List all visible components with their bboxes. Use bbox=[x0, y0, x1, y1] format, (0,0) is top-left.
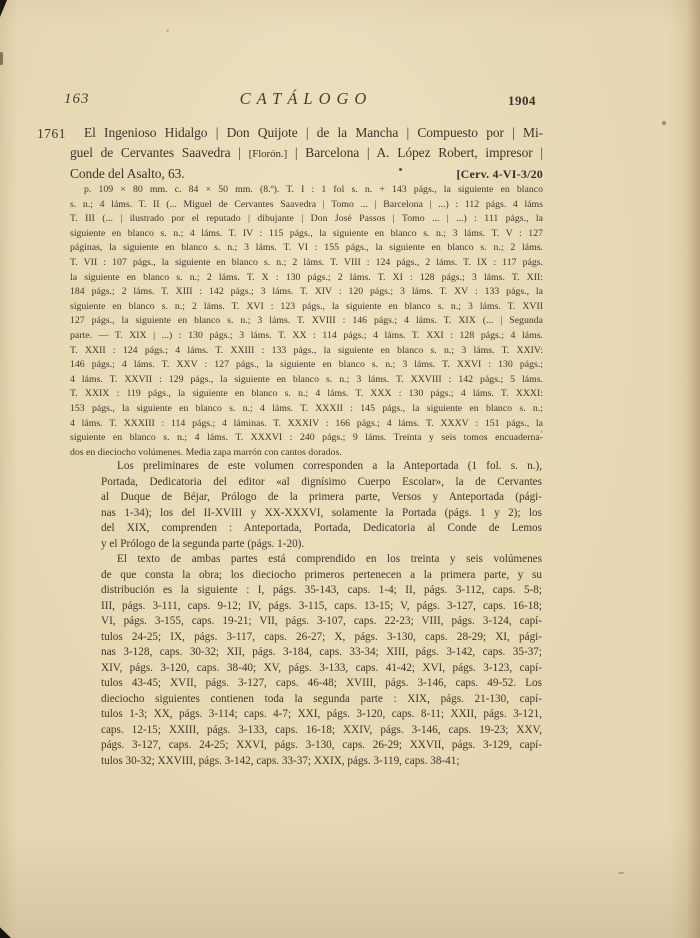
page-edge-shadow bbox=[686, 0, 700, 938]
text-line: El texto de ambas partes está comprendid… bbox=[101, 552, 542, 568]
text-line: Portada, Dedicatoria del editor «al dign… bbox=[101, 475, 542, 491]
title-line: El Ingenioso Hidalgo | Don Quijote | de … bbox=[70, 123, 543, 143]
scan-artifact bbox=[0, 52, 3, 65]
running-head-year: 1904 bbox=[496, 93, 548, 109]
entry-number: 1761 bbox=[37, 126, 66, 142]
text-line: parte. — T. XIX | ...) : 130 págs.; 3 lá… bbox=[70, 329, 543, 344]
text-line: tulos 30-32; XXVIII, págs. 3-142, caps. … bbox=[101, 754, 542, 770]
scan-corner-artifact bbox=[0, 925, 11, 938]
text-line: al Duque de Béjar, Prólogo de la primera… bbox=[101, 490, 542, 506]
text-line: T. XXIX : 119 págs., la siguiente en bla… bbox=[70, 387, 543, 402]
text-line: siguiente en blanco s. n.; 2 láms. T. XV… bbox=[70, 300, 543, 315]
text-line: siguiente en blanco s. n.; 4 láms. T. IV… bbox=[70, 227, 543, 242]
text-line: y el Prólogo de la segunda parte (págs. … bbox=[101, 537, 542, 553]
text-line: T. VII : 107 págs., la siguiente en blan… bbox=[70, 256, 543, 271]
title-line3: Conde del Asalto, 63. bbox=[70, 164, 185, 184]
text-line: 127 págs., la siguiente en blanco s. n.;… bbox=[70, 314, 543, 329]
text-line: 184 págs.; 2 láms. T. XIII : 142 págs.; … bbox=[70, 285, 543, 300]
text-line: s. n.; 4 láms. T. II (... Miguel de Cerv… bbox=[70, 198, 543, 213]
title-line: Conde del Asalto, 63. [Cerv. 4-VI-3/20 bbox=[70, 164, 543, 185]
entry-title: El Ingenioso Hidalgo | Don Quijote | de … bbox=[70, 123, 543, 185]
text-line: caps. 12-15; XXIII, págs. 3-133, caps. 1… bbox=[101, 723, 542, 739]
text-line: la siguiente en blanco s. n.; 2 láms. T.… bbox=[70, 271, 543, 286]
collation-paragraph: p. 109 × 80 mm. c. 84 × 50 mm. (8.º). T.… bbox=[70, 183, 543, 460]
text-line: nas 1-34); los del II-XVIII y XX-XXXVI, … bbox=[101, 506, 542, 522]
title-line: guel de Cervantes Saavedra | [Florón.] |… bbox=[70, 143, 543, 165]
text-line: VI, págs. 3-155, caps. 19-21; VII, págs.… bbox=[101, 614, 542, 630]
scan-artifact bbox=[618, 872, 624, 874]
text-line: 4 láms. T. XXVII : 129 págs., la siguien… bbox=[70, 373, 543, 388]
shelfmark: [Cerv. 4-VI-3/20 bbox=[456, 165, 543, 185]
text-line: de que consta la obra; los dieciocho pri… bbox=[101, 568, 542, 584]
text-line: 4 láms. T. XXXIII : 114 págs.; 4 láminas… bbox=[70, 417, 543, 432]
preliminaries-note-paragraph: Los preliminares de este volumen corresp… bbox=[101, 459, 542, 552]
text-line: III, págs. 3-111, caps. 9-12; IV, págs. … bbox=[101, 599, 542, 615]
text-line: Los preliminares de este volumen corresp… bbox=[101, 459, 542, 475]
scan-artifact bbox=[166, 29, 169, 32]
text-line: nas 3-128, caps. 30-32; XII, págs. 3-184… bbox=[101, 645, 542, 661]
text-line: 153 págs., la siguiente en blanco s. n.;… bbox=[70, 402, 543, 417]
running-head-title: CATÁLOGO bbox=[70, 89, 542, 109]
text-line: dieciocho siguientes contienen toda la s… bbox=[101, 692, 542, 708]
text-line: págs. 3-127, caps. 24-25; XXVI, págs. 3-… bbox=[101, 738, 542, 754]
floron-note: [Florón.] bbox=[249, 148, 288, 160]
scan-corner-artifact bbox=[0, 0, 9, 17]
text-line: distribución es la siguiente : I, págs. … bbox=[101, 583, 542, 599]
text-line: páginas, la siguiente en blanco s. n.; 3… bbox=[70, 241, 543, 256]
text-line: 146 págs.; 4 láms. T. XXV : 127 págs., l… bbox=[70, 358, 543, 373]
text-line: T. III (... | ilustrado por el reputado … bbox=[70, 212, 543, 227]
text-line: tulos 43-45; XVII, págs. 3-127, caps. 46… bbox=[101, 676, 542, 692]
text-distribution-note-paragraph: El texto de ambas partes está comprendid… bbox=[101, 552, 542, 769]
text-line: siguiente en blanco s. n.; 4 láms. T. XX… bbox=[70, 431, 543, 446]
text-line: XIV, págs. 3-120, caps. 38-40; XV, págs.… bbox=[101, 661, 542, 677]
text-line: p. 109 × 80 mm. c. 84 × 50 mm. (8.º). T.… bbox=[70, 183, 543, 198]
text-line: T. XXII : 124 págs.; 4 láms. T. XXIII : … bbox=[70, 344, 543, 359]
catalog-scan-page: 163 CATÁLOGO 1904 1761 El Ingenioso Hida… bbox=[0, 0, 700, 938]
title-line2-pre: guel de Cervantes Saavedra | bbox=[70, 145, 249, 160]
text-line: tulos 24-25; IX, págs. 3-117, caps. 26-2… bbox=[101, 630, 542, 646]
text-line: del XIX, comprenden : Anteportada, Porta… bbox=[101, 521, 542, 537]
scan-artifact bbox=[662, 121, 666, 125]
title-line2-post: | Barcelona | A. López Robert, impresor … bbox=[287, 145, 543, 160]
text-line: tulos 1-3; XX, págs. 3-114; caps. 4-7; X… bbox=[101, 707, 542, 723]
